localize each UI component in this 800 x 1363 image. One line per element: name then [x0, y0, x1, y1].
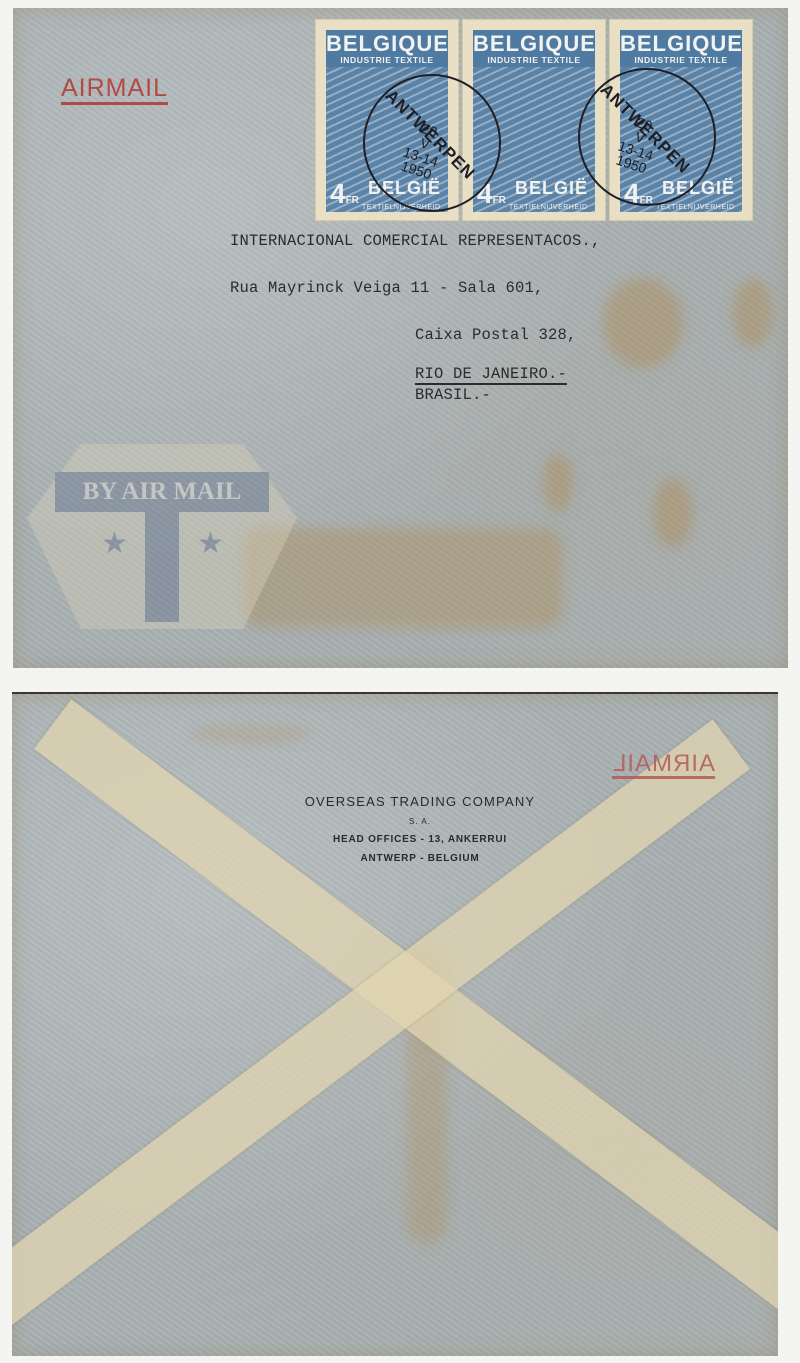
- stamp-country: BELGIQUE: [326, 33, 448, 55]
- address-line-5: BRASIL.-: [415, 386, 491, 404]
- stamp-country: BELGIQUE: [620, 33, 742, 55]
- airplane-icon: [145, 512, 179, 622]
- stamp-country: BELGIQUE: [473, 33, 595, 55]
- sender-company: OVERSEAS TRADING COMPANY: [270, 794, 570, 809]
- stamp-value: 4FR: [477, 180, 506, 208]
- stain: [603, 278, 683, 368]
- stamp-value: 4FR: [330, 180, 359, 208]
- stamp-country-nl: BELGIË: [515, 178, 588, 199]
- postage-stamp: BELGIQUE INDUSTRIE TEXTILE 4FR BELGIË TE…: [610, 20, 752, 220]
- star-icon: ★: [197, 526, 224, 561]
- stamp-subtitle: INDUSTRIE TEXTILE: [620, 55, 742, 67]
- stamp-value: 4FR: [624, 180, 653, 208]
- stamp-country-nl: BELGIË: [662, 178, 735, 199]
- airmail-label: AIRMAIL: [61, 76, 168, 105]
- airmail-show-through: AIRMAIL: [612, 752, 715, 779]
- by-air-mail-etiquette: BY AIR MAIL ★ ★: [27, 444, 297, 634]
- envelope-front: AIRMAIL BY AIR MAIL ★ ★ BELGIQUE INDUSTR…: [13, 8, 788, 668]
- stain: [192, 724, 312, 744]
- stamp-subtitle-nl: TEXTIELNIJVERHEID: [509, 204, 588, 211]
- address-line-3: Caixa Postal 328,: [415, 326, 577, 344]
- sender-legal-form: S. A.: [270, 817, 570, 826]
- postage-stamp: BELGIQUE INDUSTRIE TEXTILE 4FR BELGIË TE…: [463, 20, 605, 220]
- address-line-4: RIO DE JANEIRO.-: [415, 365, 567, 385]
- by-air-mail-text: BY AIR MAIL: [55, 472, 269, 512]
- stamp-subtitle-nl: TEXTIELNIJVERHEID: [656, 204, 735, 211]
- stamp-subtitle: INDUSTRIE TEXTILE: [473, 55, 595, 67]
- stamp-strip: BELGIQUE INDUSTRIE TEXTILE 4FR BELGIË TE…: [316, 20, 752, 220]
- stamp-country-nl: BELGIË: [368, 178, 441, 199]
- envelope-back: AIRMAIL OVERSEAS TRADING COMPANY S. A. H…: [12, 692, 778, 1356]
- stain: [653, 478, 693, 548]
- stain: [543, 453, 573, 513]
- address-line-2: Rua Mayrinck Veiga 11 - Sala 601,: [230, 279, 544, 297]
- address-line-1: INTERNACIONAL COMERCIAL REPRESENTACOS.,: [230, 232, 601, 250]
- stamp-subtitle: INDUSTRIE TEXTILE: [326, 55, 448, 67]
- star-icon: ★: [101, 526, 128, 561]
- sender-city: ANTWERP - BELGIUM: [270, 853, 570, 864]
- sender-head-office: HEAD OFFICES - 13, ANKERRUI: [270, 834, 570, 845]
- postage-stamp: BELGIQUE INDUSTRIE TEXTILE 4FR BELGIË TE…: [316, 20, 458, 220]
- stamp-subtitle-nl: TEXTIELNIJVERHEID: [362, 204, 441, 211]
- stain: [733, 278, 773, 348]
